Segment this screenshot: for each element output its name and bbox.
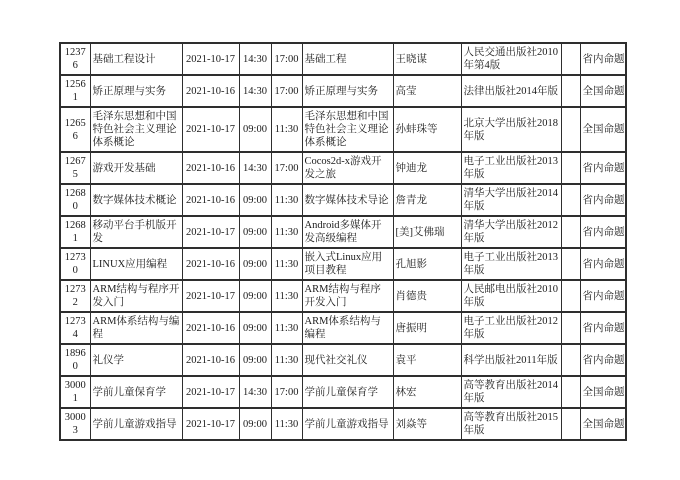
- cell-start-time: 09:00: [239, 184, 271, 216]
- table-row: 12681移动平台手机版开发2021-10-1709:0011:30Androi…: [60, 216, 626, 248]
- cell-date: 2021-10-17: [182, 107, 239, 152]
- cell-code: 12675: [60, 152, 90, 184]
- cell-start-time: 14:30: [239, 43, 271, 75]
- cell-exam-type: 省内命题: [580, 216, 626, 248]
- cell-date: 2021-10-17: [182, 216, 239, 248]
- cell-code: 12734: [60, 312, 90, 344]
- table-row: 12732ARM结构与程序开发入门2021-10-1709:0011:30ARM…: [60, 280, 626, 312]
- cell-code: 12376: [60, 43, 90, 75]
- table-row: 12561矫正原理与实务2021-10-1614:3017:00矫正原理与实务高…: [60, 75, 626, 107]
- cell-end-time: 11:30: [271, 107, 302, 152]
- cell-course: 基础工程设计: [90, 43, 182, 75]
- table-row: 12680数字媒体技术概论2021-10-1609:0011:30数字媒体技术导…: [60, 184, 626, 216]
- cell-course: 毛泽东思想和中国特色社会主义理论体系概论: [90, 107, 182, 152]
- document-page: 12376基础工程设计2021-10-1714:3017:00基础工程王晓谋人民…: [0, 0, 680, 480]
- cell-course: 礼仪学: [90, 344, 182, 376]
- cell-author: 孙蚌珠等: [393, 107, 461, 152]
- cell-exam-type: 全国命题: [580, 408, 626, 440]
- cell-note: [561, 75, 580, 107]
- cell-note: [561, 152, 580, 184]
- cell-start-time: 09:00: [239, 248, 271, 280]
- cell-course: 学前儿童保育学: [90, 376, 182, 408]
- cell-end-time: 11:30: [271, 248, 302, 280]
- cell-publisher: 清华大学出版社2014年版: [461, 184, 561, 216]
- cell-code: 12561: [60, 75, 90, 107]
- cell-start-time: 09:00: [239, 107, 271, 152]
- table-row: 12734ARM体系结构与编程2021-10-1609:0011:30ARM体系…: [60, 312, 626, 344]
- cell-code: 12730: [60, 248, 90, 280]
- cell-textbook: Cocos2d-x游戏开发之旅: [302, 152, 393, 184]
- cell-end-time: 17:00: [271, 152, 302, 184]
- cell-exam-type: 省内命题: [580, 152, 626, 184]
- cell-author: 孔旭影: [393, 248, 461, 280]
- cell-code: 12656: [60, 107, 90, 152]
- cell-code: 12680: [60, 184, 90, 216]
- cell-date: 2021-10-17: [182, 280, 239, 312]
- cell-textbook: 现代社交礼仪: [302, 344, 393, 376]
- cell-author: 袁平: [393, 344, 461, 376]
- cell-course: 游戏开发基础: [90, 152, 182, 184]
- cell-course: 学前儿童游戏指导: [90, 408, 182, 440]
- cell-end-time: 11:30: [271, 344, 302, 376]
- exam-schedule-table: 12376基础工程设计2021-10-1714:3017:00基础工程王晓谋人民…: [59, 42, 627, 441]
- cell-note: [561, 184, 580, 216]
- cell-publisher: 清华大学出版社2012年版: [461, 216, 561, 248]
- cell-course: 移动平台手机版开发: [90, 216, 182, 248]
- cell-end-time: 11:30: [271, 216, 302, 248]
- table-row: 18960礼仪学2021-10-1609:0011:30现代社交礼仪袁平科学出版…: [60, 344, 626, 376]
- cell-course: 矫正原理与实务: [90, 75, 182, 107]
- cell-date: 2021-10-16: [182, 344, 239, 376]
- cell-course: ARM体系结构与编程: [90, 312, 182, 344]
- cell-exam-type: 全国命题: [580, 107, 626, 152]
- cell-end-time: 17:00: [271, 75, 302, 107]
- cell-textbook: 矫正原理与实务: [302, 75, 393, 107]
- cell-author: 钟迪龙: [393, 152, 461, 184]
- cell-course: LINUX应用编程: [90, 248, 182, 280]
- cell-note: [561, 344, 580, 376]
- cell-date: 2021-10-16: [182, 75, 239, 107]
- cell-publisher: 电子工业出版社2012年版: [461, 312, 561, 344]
- cell-author: 高莹: [393, 75, 461, 107]
- cell-textbook: 学前儿童游戏指导: [302, 408, 393, 440]
- cell-start-time: 14:30: [239, 152, 271, 184]
- cell-author: 肖德贵: [393, 280, 461, 312]
- cell-author: 詹青龙: [393, 184, 461, 216]
- cell-code: 18960: [60, 344, 90, 376]
- table-body: 12376基础工程设计2021-10-1714:3017:00基础工程王晓谋人民…: [60, 43, 626, 440]
- cell-exam-type: 省内命题: [580, 344, 626, 376]
- cell-code: 12681: [60, 216, 90, 248]
- cell-date: 2021-10-16: [182, 248, 239, 280]
- cell-course: ARM结构与程序开发入门: [90, 280, 182, 312]
- cell-code: 12732: [60, 280, 90, 312]
- cell-publisher: 电子工业出版社2013年版: [461, 248, 561, 280]
- cell-publisher: 科学出版社2011年版: [461, 344, 561, 376]
- table-row: 30003学前儿童游戏指导2021-10-1709:0011:30学前儿童游戏指…: [60, 408, 626, 440]
- cell-note: [561, 376, 580, 408]
- table-row: 30001学前儿童保育学2021-10-1714:3017:00学前儿童保育学林…: [60, 376, 626, 408]
- cell-exam-type: 省内命题: [580, 248, 626, 280]
- cell-date: 2021-10-17: [182, 43, 239, 75]
- cell-note: [561, 107, 580, 152]
- table-row: 12656毛泽东思想和中国特色社会主义理论体系概论2021-10-1709:00…: [60, 107, 626, 152]
- cell-note: [561, 248, 580, 280]
- cell-textbook: 嵌入式Linux应用项目教程: [302, 248, 393, 280]
- cell-note: [561, 280, 580, 312]
- cell-author: 王晓谋: [393, 43, 461, 75]
- cell-code: 30001: [60, 376, 90, 408]
- cell-exam-type: 省内命题: [580, 280, 626, 312]
- cell-note: [561, 312, 580, 344]
- cell-publisher: 人民邮电出版社2010年版: [461, 280, 561, 312]
- cell-exam-type: 省内命题: [580, 312, 626, 344]
- cell-publisher: 高等教育出版社2014年版: [461, 376, 561, 408]
- cell-exam-type: 省内命题: [580, 184, 626, 216]
- cell-start-time: 09:00: [239, 280, 271, 312]
- cell-publisher: 北京大学出版社2018年版: [461, 107, 561, 152]
- table-row: 12730LINUX应用编程2021-10-1609:0011:30嵌入式Lin…: [60, 248, 626, 280]
- cell-start-time: 09:00: [239, 344, 271, 376]
- cell-date: 2021-10-17: [182, 408, 239, 440]
- cell-date: 2021-10-16: [182, 152, 239, 184]
- cell-end-time: 11:30: [271, 312, 302, 344]
- cell-textbook: ARM体系结构与编程: [302, 312, 393, 344]
- exam-schedule-table-container: 12376基础工程设计2021-10-1714:3017:00基础工程王晓谋人民…: [59, 42, 627, 441]
- cell-date: 2021-10-17: [182, 376, 239, 408]
- cell-end-time: 11:30: [271, 408, 302, 440]
- cell-start-time: 09:00: [239, 216, 271, 248]
- cell-start-time: 14:30: [239, 75, 271, 107]
- cell-textbook: 数字媒体技术导论: [302, 184, 393, 216]
- cell-author: 林宏: [393, 376, 461, 408]
- cell-publisher: 人民交通出版社2010年第4版: [461, 43, 561, 75]
- cell-author: [美]艾佛瑞: [393, 216, 461, 248]
- cell-code: 30003: [60, 408, 90, 440]
- table-row: 12675游戏开发基础2021-10-1614:3017:00Cocos2d-x…: [60, 152, 626, 184]
- cell-exam-type: 全国命题: [580, 75, 626, 107]
- cell-date: 2021-10-16: [182, 184, 239, 216]
- cell-end-time: 17:00: [271, 43, 302, 75]
- cell-date: 2021-10-16: [182, 312, 239, 344]
- cell-textbook: Android多媒体开发高级编程: [302, 216, 393, 248]
- cell-start-time: 09:00: [239, 312, 271, 344]
- cell-end-time: 11:30: [271, 184, 302, 216]
- cell-exam-type: 全国命题: [580, 376, 626, 408]
- cell-author: 刘焱等: [393, 408, 461, 440]
- cell-publisher: 高等教育出版社2015年版: [461, 408, 561, 440]
- cell-textbook: 学前儿童保育学: [302, 376, 393, 408]
- cell-course: 数字媒体技术概论: [90, 184, 182, 216]
- cell-exam-type: 省内命题: [580, 43, 626, 75]
- cell-start-time: 14:30: [239, 376, 271, 408]
- cell-publisher: 法律出版社2014年版: [461, 75, 561, 107]
- cell-author: 唐振明: [393, 312, 461, 344]
- cell-note: [561, 43, 580, 75]
- cell-textbook: 基础工程: [302, 43, 393, 75]
- cell-start-time: 09:00: [239, 408, 271, 440]
- cell-end-time: 11:30: [271, 280, 302, 312]
- cell-textbook: 毛泽东思想和中国特色社会主义理论体系概论: [302, 107, 393, 152]
- cell-publisher: 电子工业出版社2013年版: [461, 152, 561, 184]
- cell-note: [561, 408, 580, 440]
- cell-note: [561, 216, 580, 248]
- cell-textbook: ARM结构与程序开发入门: [302, 280, 393, 312]
- table-row: 12376基础工程设计2021-10-1714:3017:00基础工程王晓谋人民…: [60, 43, 626, 75]
- cell-end-time: 17:00: [271, 376, 302, 408]
